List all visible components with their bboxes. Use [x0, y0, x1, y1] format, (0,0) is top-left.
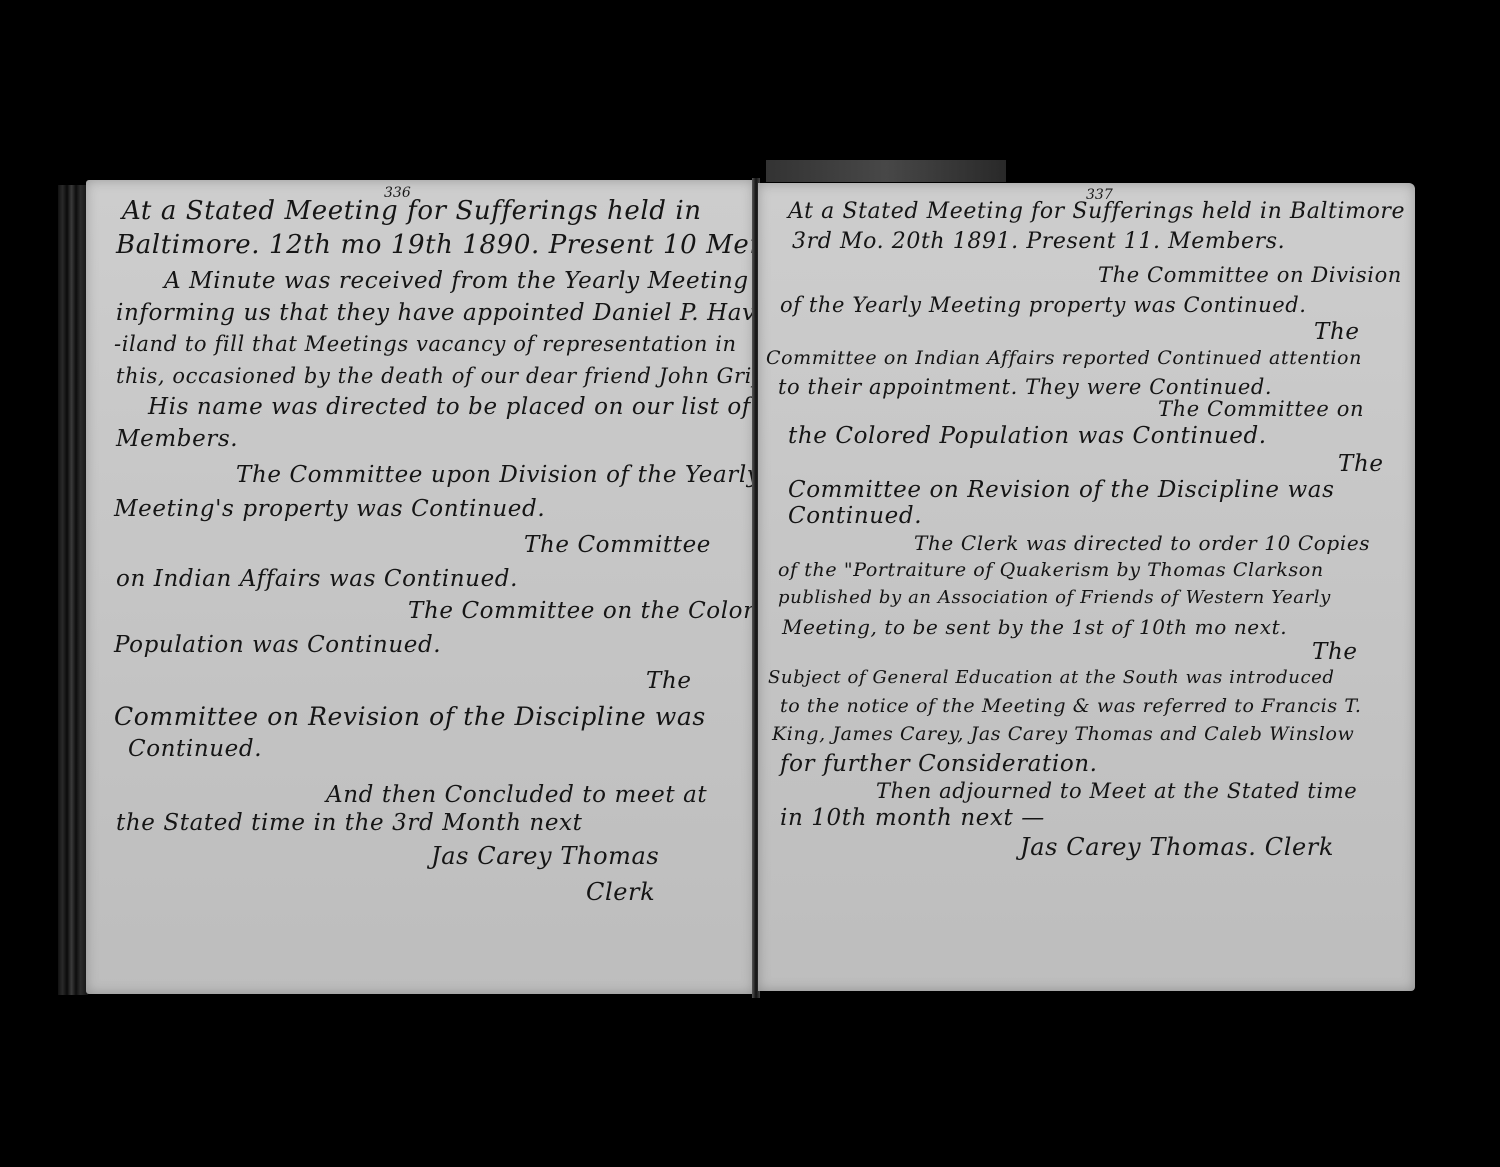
underlying-page-edge — [766, 160, 1006, 182]
text-line: Meeting's property was Continued. — [114, 496, 545, 522]
text-line: this, occasioned by the death of our dea… — [116, 364, 799, 388]
text-line: of the "Portraiture of Quakerism by Thom… — [778, 559, 1324, 581]
book-binding — [58, 185, 88, 995]
clerk-title: Clerk — [586, 878, 655, 906]
text-line: King, James Carey, Jas Carey Thomas and … — [772, 723, 1354, 745]
text-line: The — [1338, 451, 1384, 477]
heading-line: At a Stated Meeting for Sufferings held … — [122, 196, 702, 226]
left-page: 336 At a Stated Meeting for Sufferings h… — [86, 180, 754, 994]
text-line: His name was directed to be placed on ou… — [148, 394, 751, 420]
text-line: Meeting, to be sent by the 1st of 10th m… — [782, 615, 1287, 639]
text-line: A Minute was received from the Yearly Me… — [164, 268, 749, 294]
text-line: published by an Association of Friends o… — [778, 587, 1331, 608]
text-line: Committee on Revision of the Discipline … — [788, 477, 1334, 503]
text-line: Subject of General Education at the Sout… — [768, 667, 1335, 688]
text-line: Continued. — [128, 736, 262, 762]
text-line: The Clerk was directed to order 10 Copie… — [914, 531, 1370, 555]
text-line: informing us that they have appointed Da… — [116, 300, 764, 326]
text-line: on Indian Affairs was Continued. — [116, 566, 518, 592]
heading-line: Baltimore. 12th mo 19th 1890. Present 10… — [116, 230, 844, 260]
text-line: Committee on Indian Affairs reported Con… — [766, 347, 1362, 369]
text-line: to the notice of the Meeting & was refer… — [780, 695, 1361, 717]
clerk-signature: Jas Carey Thomas. Clerk — [1020, 833, 1334, 861]
text-line: And then Concluded to meet at — [326, 782, 707, 808]
heading-line: 3rd Mo. 20th 1891. Present 11. Members. — [792, 229, 1285, 254]
right-page: 337 At a Stated Meeting for Sufferings h… — [758, 183, 1415, 991]
text-line: The Committee upon Division of the Yearl… — [236, 462, 760, 488]
text-line: Population was Continued. — [114, 632, 441, 658]
text-line: Members. — [116, 426, 238, 452]
text-line: The Committee on the Colored — [408, 598, 784, 624]
heading-line: At a Stated Meeting for Sufferings held … — [788, 199, 1405, 224]
text-line: The — [1312, 639, 1358, 665]
text-line: for further Consideration. — [780, 751, 1098, 777]
text-line: Committee on Revision of the Discipline … — [114, 702, 706, 731]
text-line: The — [646, 668, 692, 694]
text-line: the Stated time in the 3rd Month next — [116, 810, 582, 836]
clerk-signature: Jas Carey Thomas — [431, 842, 659, 870]
text-line: of the Yearly Meeting property was Conti… — [780, 293, 1307, 317]
text-line: -iland to fill that Meetings vacancy of … — [114, 332, 737, 356]
text-line: The — [1314, 319, 1360, 345]
text-line: The Committee — [524, 532, 711, 558]
text-line: in 10th month next — — [780, 805, 1045, 831]
text-line: to their appointment. They were Continue… — [778, 375, 1272, 399]
text-line: Continued. — [788, 503, 922, 529]
text-line: the Colored Population was Continued. — [788, 423, 1267, 449]
text-line: Then adjourned to Meet at the Stated tim… — [876, 779, 1357, 803]
text-line: The Committee on — [1158, 397, 1364, 421]
text-line: The Committee on Division — [1098, 263, 1402, 287]
